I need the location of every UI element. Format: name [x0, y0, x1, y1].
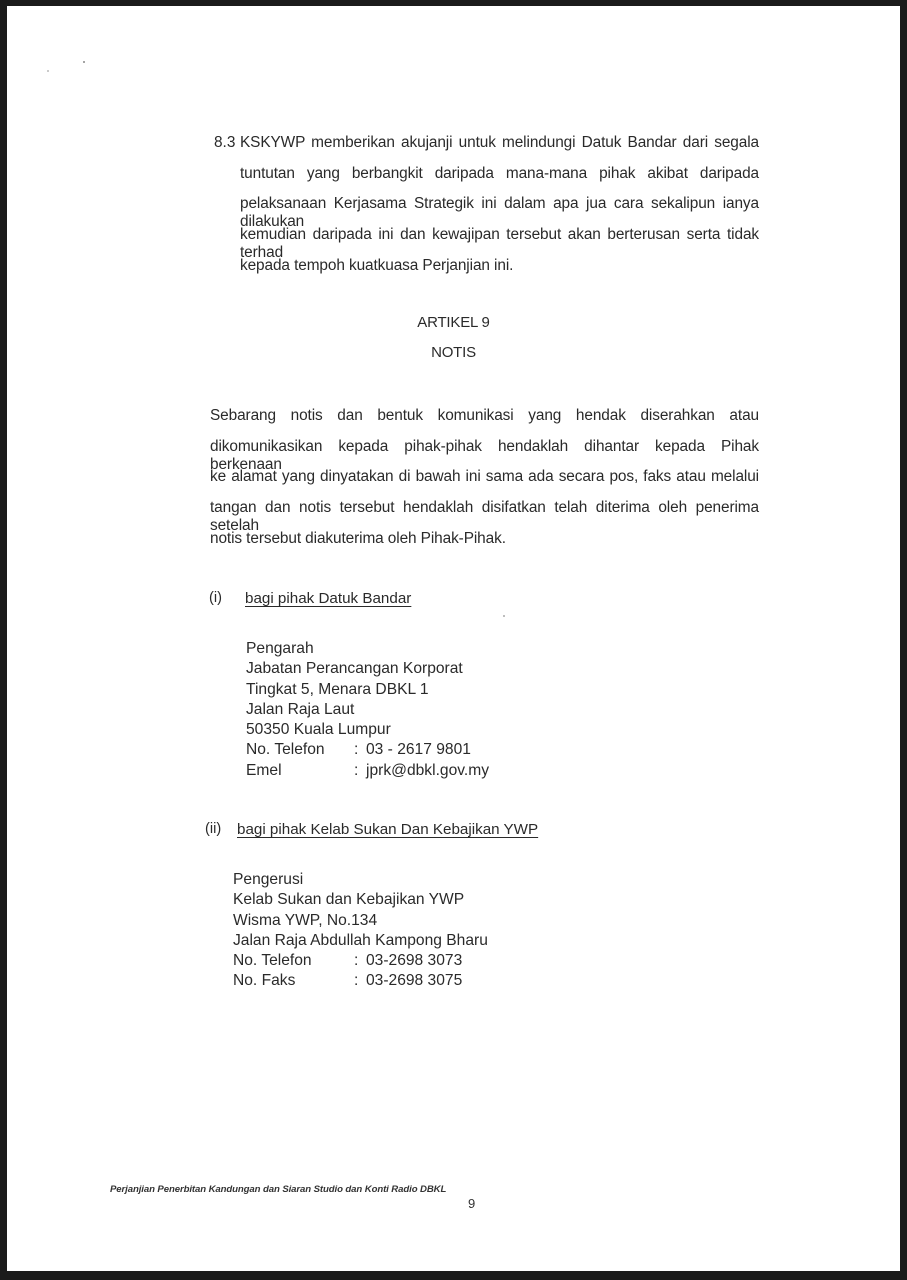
contact-separator: :	[354, 740, 366, 760]
contact-label: Emel	[246, 761, 354, 781]
party-heading: bagi pihak Datuk Bandar	[245, 590, 411, 607]
address-line: Wisma YWP, No.134	[233, 911, 488, 931]
scan-speck	[47, 70, 49, 72]
phone-number: 03 - 2617 9801	[366, 740, 471, 760]
party-marker: (ii)	[205, 821, 221, 837]
contact-row: No. Telefon : 03-2698 3073	[233, 951, 488, 971]
clause-line: KSKYWP memberikan akujanji untuk melindu…	[240, 134, 759, 152]
contact-label: No. Telefon	[233, 951, 354, 971]
document-page: 8.3 KSKYWP memberikan akujanji untuk mel…	[7, 6, 900, 1271]
page-number: 9	[468, 1196, 475, 1211]
address-line: Pengarah	[246, 639, 489, 659]
contact-label: No. Faks	[233, 971, 354, 991]
contact-separator: :	[354, 951, 366, 971]
clause-line: kepada tempoh kuatkuasa Perjanjian ini.	[240, 257, 759, 275]
address-line: 50350 Kuala Lumpur	[246, 720, 489, 740]
paragraph-line: notis tersebut diakuterima oleh Pihak-Pi…	[210, 530, 759, 548]
article-title: NOTIS	[7, 344, 900, 361]
address-line: Pengerusi	[233, 870, 488, 890]
fax-number: 03-2698 3075	[366, 971, 462, 991]
paragraph-line: Sebarang notis dan bentuk komunikasi yan…	[210, 407, 759, 425]
clause-number: 8.3	[214, 134, 235, 152]
address-block: Pengarah Jabatan Perancangan Korporat Ti…	[246, 639, 489, 781]
paragraph-line: ke alamat yang dinyatakan di bawah ini s…	[210, 468, 759, 486]
address-line: Jabatan Perancangan Korporat	[246, 659, 489, 679]
contact-row: No. Telefon : 03 - 2617 9801	[246, 740, 489, 760]
address-line: Jalan Raja Abdullah Kampong Bharu	[233, 931, 488, 951]
address-line: Kelab Sukan dan Kebajikan YWP	[233, 890, 488, 910]
address-line: Tingkat 5, Menara DBKL 1	[246, 680, 489, 700]
scan-speck	[503, 615, 505, 617]
scan-speck	[83, 61, 85, 63]
contact-row: No. Faks : 03-2698 3075	[233, 971, 488, 991]
address-line: Jalan Raja Laut	[246, 700, 489, 720]
address-block: Pengerusi Kelab Sukan dan Kebajikan YWP …	[233, 870, 488, 992]
party-marker: (i)	[209, 590, 222, 606]
footer-title: Perjanjian Penerbitan Kandungan dan Siar…	[110, 1184, 446, 1195]
contact-separator: :	[354, 761, 366, 781]
contact-label: No. Telefon	[246, 740, 354, 760]
contact-row: Emel : jprk@dbkl.gov.my	[246, 761, 489, 781]
phone-number: 03-2698 3073	[366, 951, 462, 971]
article-number: ARTIKEL 9	[7, 314, 900, 331]
clause-line: tuntutan yang berbangkit daripada mana-m…	[240, 165, 759, 183]
email-address: jprk@dbkl.gov.my	[366, 761, 489, 781]
party-heading: bagi pihak Kelab Sukan Dan Kebajikan YWP	[237, 821, 538, 838]
contact-separator: :	[354, 971, 366, 991]
